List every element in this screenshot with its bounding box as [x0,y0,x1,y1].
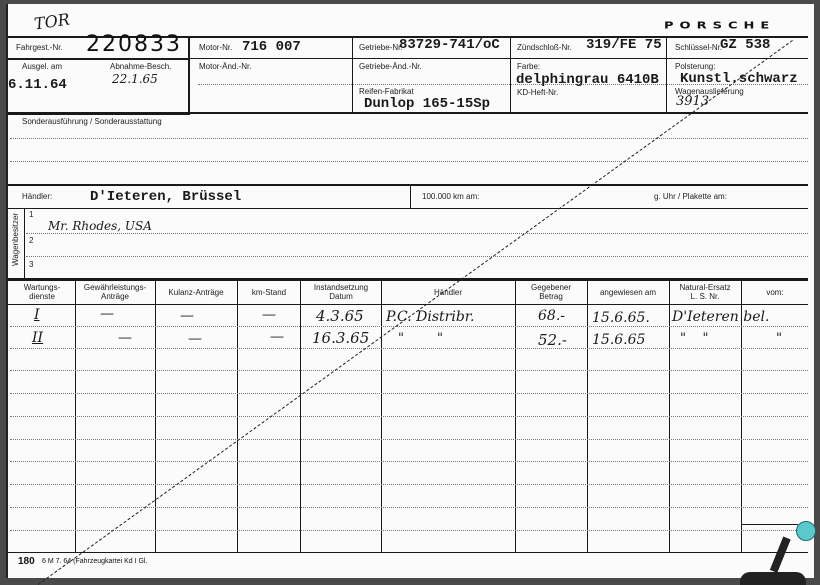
column-divider [515,278,516,552]
col-header-betrag: Gegebener Betrag [516,283,586,301]
fahrgest-label: Fahrgest.-Nr. [16,43,63,52]
sonder-label: Sonderausführung / Sonderausstattung [22,117,162,126]
cell-natural: D'Ieteren bel. [672,309,769,325]
dotted-line [10,326,808,327]
polsterung-label: Polsterung: [675,62,715,71]
vehicle-record-card: PORSCHE TOR Fahrgest.-Nr. 220833 Ausgel.… [6,4,814,578]
farbe-value: delphingrau 6410B [516,72,659,88]
fahrgest-value: 220833 [86,32,182,57]
getriebe-value: 83729-741/oC [399,37,500,53]
col-header-angewiesen: angewiesen am [588,288,668,297]
column-divider [587,278,588,552]
cell-datum: 16.3.65 [312,329,369,347]
column-divider [666,36,667,112]
dotted-line [10,461,808,462]
zuendschloss-label: Zündschloß-Nr. [517,43,572,52]
cell-kulanz: — [180,308,194,324]
haendler-top-rule [8,184,808,186]
vom-rule [742,524,798,525]
cell-angewiesen: 15.6.65 [592,332,645,348]
reifen-label: Reifen-Fabrikat [359,87,414,96]
print-info: 6 M 7. 64 (Fahrzeugkartei Kd I Gl. [42,558,147,565]
owner-row-number: 1 [29,210,33,219]
col-header-natural: Natural-Ersatz L. S. Nr. [670,283,740,301]
column-divider [300,278,301,552]
owner-row-value: Mr. Rhodes, USA [48,219,152,233]
fahrgest-box-bottom [8,112,190,115]
column-divider [510,36,511,112]
header-bottom-rule [190,112,808,114]
dotted-line [10,439,808,440]
fahrgest-divider [8,58,188,60]
uhr-plakette-label: g. Uhr / Plakette am: [654,192,727,201]
zuendschloss-value: 319/FE 75 [586,37,662,53]
wagenbesitzer-divider [24,208,25,278]
reifen-value: Dunlop 165-15Sp [364,96,490,112]
abnahme-label: Abnahme-Besch. [110,62,171,71]
km-100000-label: 100.000 km am: [422,192,479,201]
column-divider [75,278,76,552]
cell-km: — [270,329,284,345]
kd-heft-label: KD-Heft-Nr. [517,88,558,97]
dotted-line [10,416,808,417]
getriebe-and-label: Getriebe-Änd.-Nr. [359,62,422,71]
dotted-line [10,370,808,371]
table-bottom-rule [8,552,808,553]
drag-handle-base[interactable] [740,572,806,585]
ausgel-label: Ausgel. am [22,62,62,71]
column-divider [669,278,670,552]
porsche-logo: PORSCHE [664,20,775,31]
col-header-instandsetzung: Instandsetzung Datum [302,283,380,301]
col-header-vom: vom: [742,288,808,297]
drag-handle-knob[interactable] [796,521,816,541]
dotted-line [26,256,808,257]
header-row-divider [190,58,808,59]
wagenauslieferung-value: 3913 [676,94,709,109]
column-divider [381,278,382,552]
table-top-rule [8,278,808,281]
cell-gewaehr: — [100,306,114,322]
fahrgest-annotation: TOR [33,10,71,34]
form-number: 180 [18,556,35,567]
motor-label: Motor-Nr. [199,43,232,52]
cell-datum: 4.3.65 [316,307,364,325]
cell-kulanz: — [188,331,202,347]
dotted-line [10,161,808,162]
dotted-line [10,530,808,531]
haendler-bottom-rule [8,208,808,209]
dotted-line [10,507,808,508]
cell-wartung: I [34,307,40,323]
motor-and-label: Motor-Änd.-Nr. [199,62,251,71]
col-header-km: km-Stand [238,288,300,297]
cell-vom: " [776,331,782,346]
column-divider [237,278,238,552]
column-divider [155,278,156,552]
haendler-label: Händler: [22,192,52,201]
cell-km: — [262,307,276,323]
column-divider [352,36,353,112]
motor-value: 716 007 [242,39,301,55]
schluessel-label: Schlüssel-Nr. [675,43,722,52]
wagenbesitzer-label: Wagenbesitzer [11,213,20,266]
cell-betrag: 52.- [538,331,567,349]
ausgel-value: 6.11.64 [8,77,67,93]
farbe-label: Farbe: [517,62,540,71]
col-header-gewaehr: Gewährleistungs- Anträge [76,283,154,301]
schluessel-value: GZ 538 [720,37,770,53]
table-header-rule [8,304,808,305]
haendler-value: D'Ieteren, Brüssel [90,189,241,205]
cell-haendler: " " [398,331,443,346]
abnahme-value: 22.1.65 [112,72,158,86]
fahrgest-box-right [188,36,190,112]
getriebe-label: Getriebe-Nr. [359,43,403,52]
col-header-kulanz: Kulanz-Anträge [156,288,236,297]
column-divider [410,184,411,208]
cell-gewaehr: — [118,330,132,346]
dotted-line [10,393,808,394]
col-header-wartung: Wartungs- dienste [10,283,74,301]
owner-row-number: 2 [29,236,33,245]
cell-natural: " " [680,331,709,346]
dotted-line [10,484,808,485]
dotted-line [10,348,808,349]
dotted-line [10,138,808,139]
dotted-line [26,233,808,234]
cell-angewiesen: 15.6.65. [592,310,650,326]
cell-wartung: II [32,330,43,346]
cell-betrag: 68.- [538,308,565,324]
owner-row-number: 3 [29,260,33,269]
